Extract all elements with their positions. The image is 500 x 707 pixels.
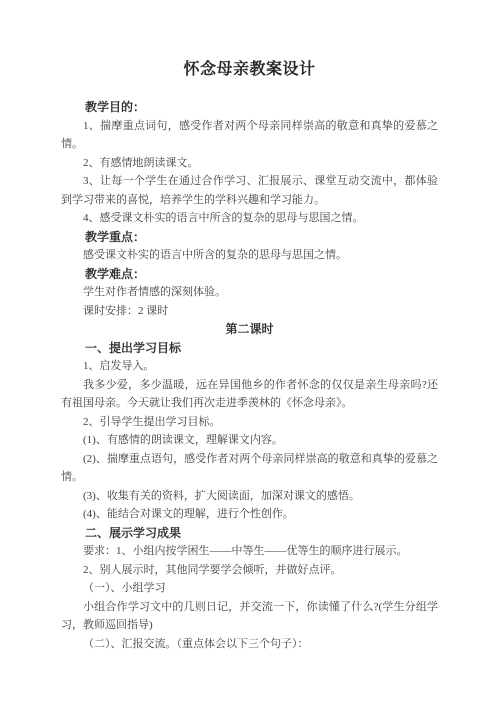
paragraph: 小组合作学习文中的几则日记，并交流一下，你读懂了什么?(学生分组学习，教师巡回指… <box>61 598 438 635</box>
paragraph: 2、有感情地朗读课文。 <box>61 154 438 173</box>
paragraph: 教学难点： <box>61 265 438 284</box>
paragraph: 4、感受课文朴实的语言中所含的复杂的思母与思国之情。 <box>61 209 438 228</box>
paragraph: (3)、收集有关的资料，扩大阅读面，加深对课文的感悟。 <box>61 487 438 506</box>
paragraph: 2、别人展示时，其他同学要学会倾听，并做好点评。 <box>61 561 438 580</box>
paragraph: （二）、汇报交流。（重点体会以下三个句子）： <box>61 635 438 654</box>
paragraph: 二、展示学习成果 <box>61 524 438 543</box>
paragraph: 第二课时 <box>61 320 438 339</box>
document-page: 怀念母亲教案设计 教学目的：1、揣摩重点词句，感受作者对两个母亲同样崇高的敬意和… <box>0 0 500 707</box>
paragraph: 要求：1、小组内按学困生——中等生——优等生的顺序进行展示。 <box>61 542 438 561</box>
paragraph: 2、引导学生提出学习目标。 <box>61 413 438 432</box>
document-title: 怀念母亲教案设计 <box>61 58 438 82</box>
paragraph: 感受课文朴实的语言中所含的复杂的思母与思国之情。 <box>61 246 438 265</box>
paragraph: 1、揣摩重点词句，感受作者对两个母亲同样崇高的敬意和真挚的爱慕之情。 <box>61 117 438 154</box>
paragraph: (1)、有感情的朗读课文，理解课文内容。 <box>61 431 438 450</box>
paragraph: 教学重点： <box>61 228 438 247</box>
paragraph: (4)、能结合对课文的理解，进行个性创作。 <box>61 505 438 524</box>
paragraph: 1、启发导入。 <box>61 357 438 376</box>
paragraph: 课时安排：2 课时 <box>61 302 438 321</box>
paragraph: 一、提出学习目标 <box>61 339 438 358</box>
paragraph: （一）、小组学习 <box>61 579 438 598</box>
document-body: 教学目的：1、揣摩重点词句，感受作者对两个母亲同样崇高的敬意和真挚的爱慕之情。2… <box>61 98 438 653</box>
paragraph: (2)、揣摩重点语句，感受作者对两个母亲同样崇高的敬意和真挚的爱慕之情。 <box>61 450 438 487</box>
paragraph: 教学目的： <box>61 98 438 117</box>
paragraph: 学生对作者情感的深刻体验。 <box>61 283 438 302</box>
paragraph: 3、让每一个学生在通过合作学习、汇报展示、课堂互动交流中，都体验到学习带来的喜悦… <box>61 172 438 209</box>
paragraph: 我多少爱，多少温暖，远在异国他乡的作者怀念的仅仅是亲生母亲吗?还有祖国母亲。今天… <box>61 376 438 413</box>
